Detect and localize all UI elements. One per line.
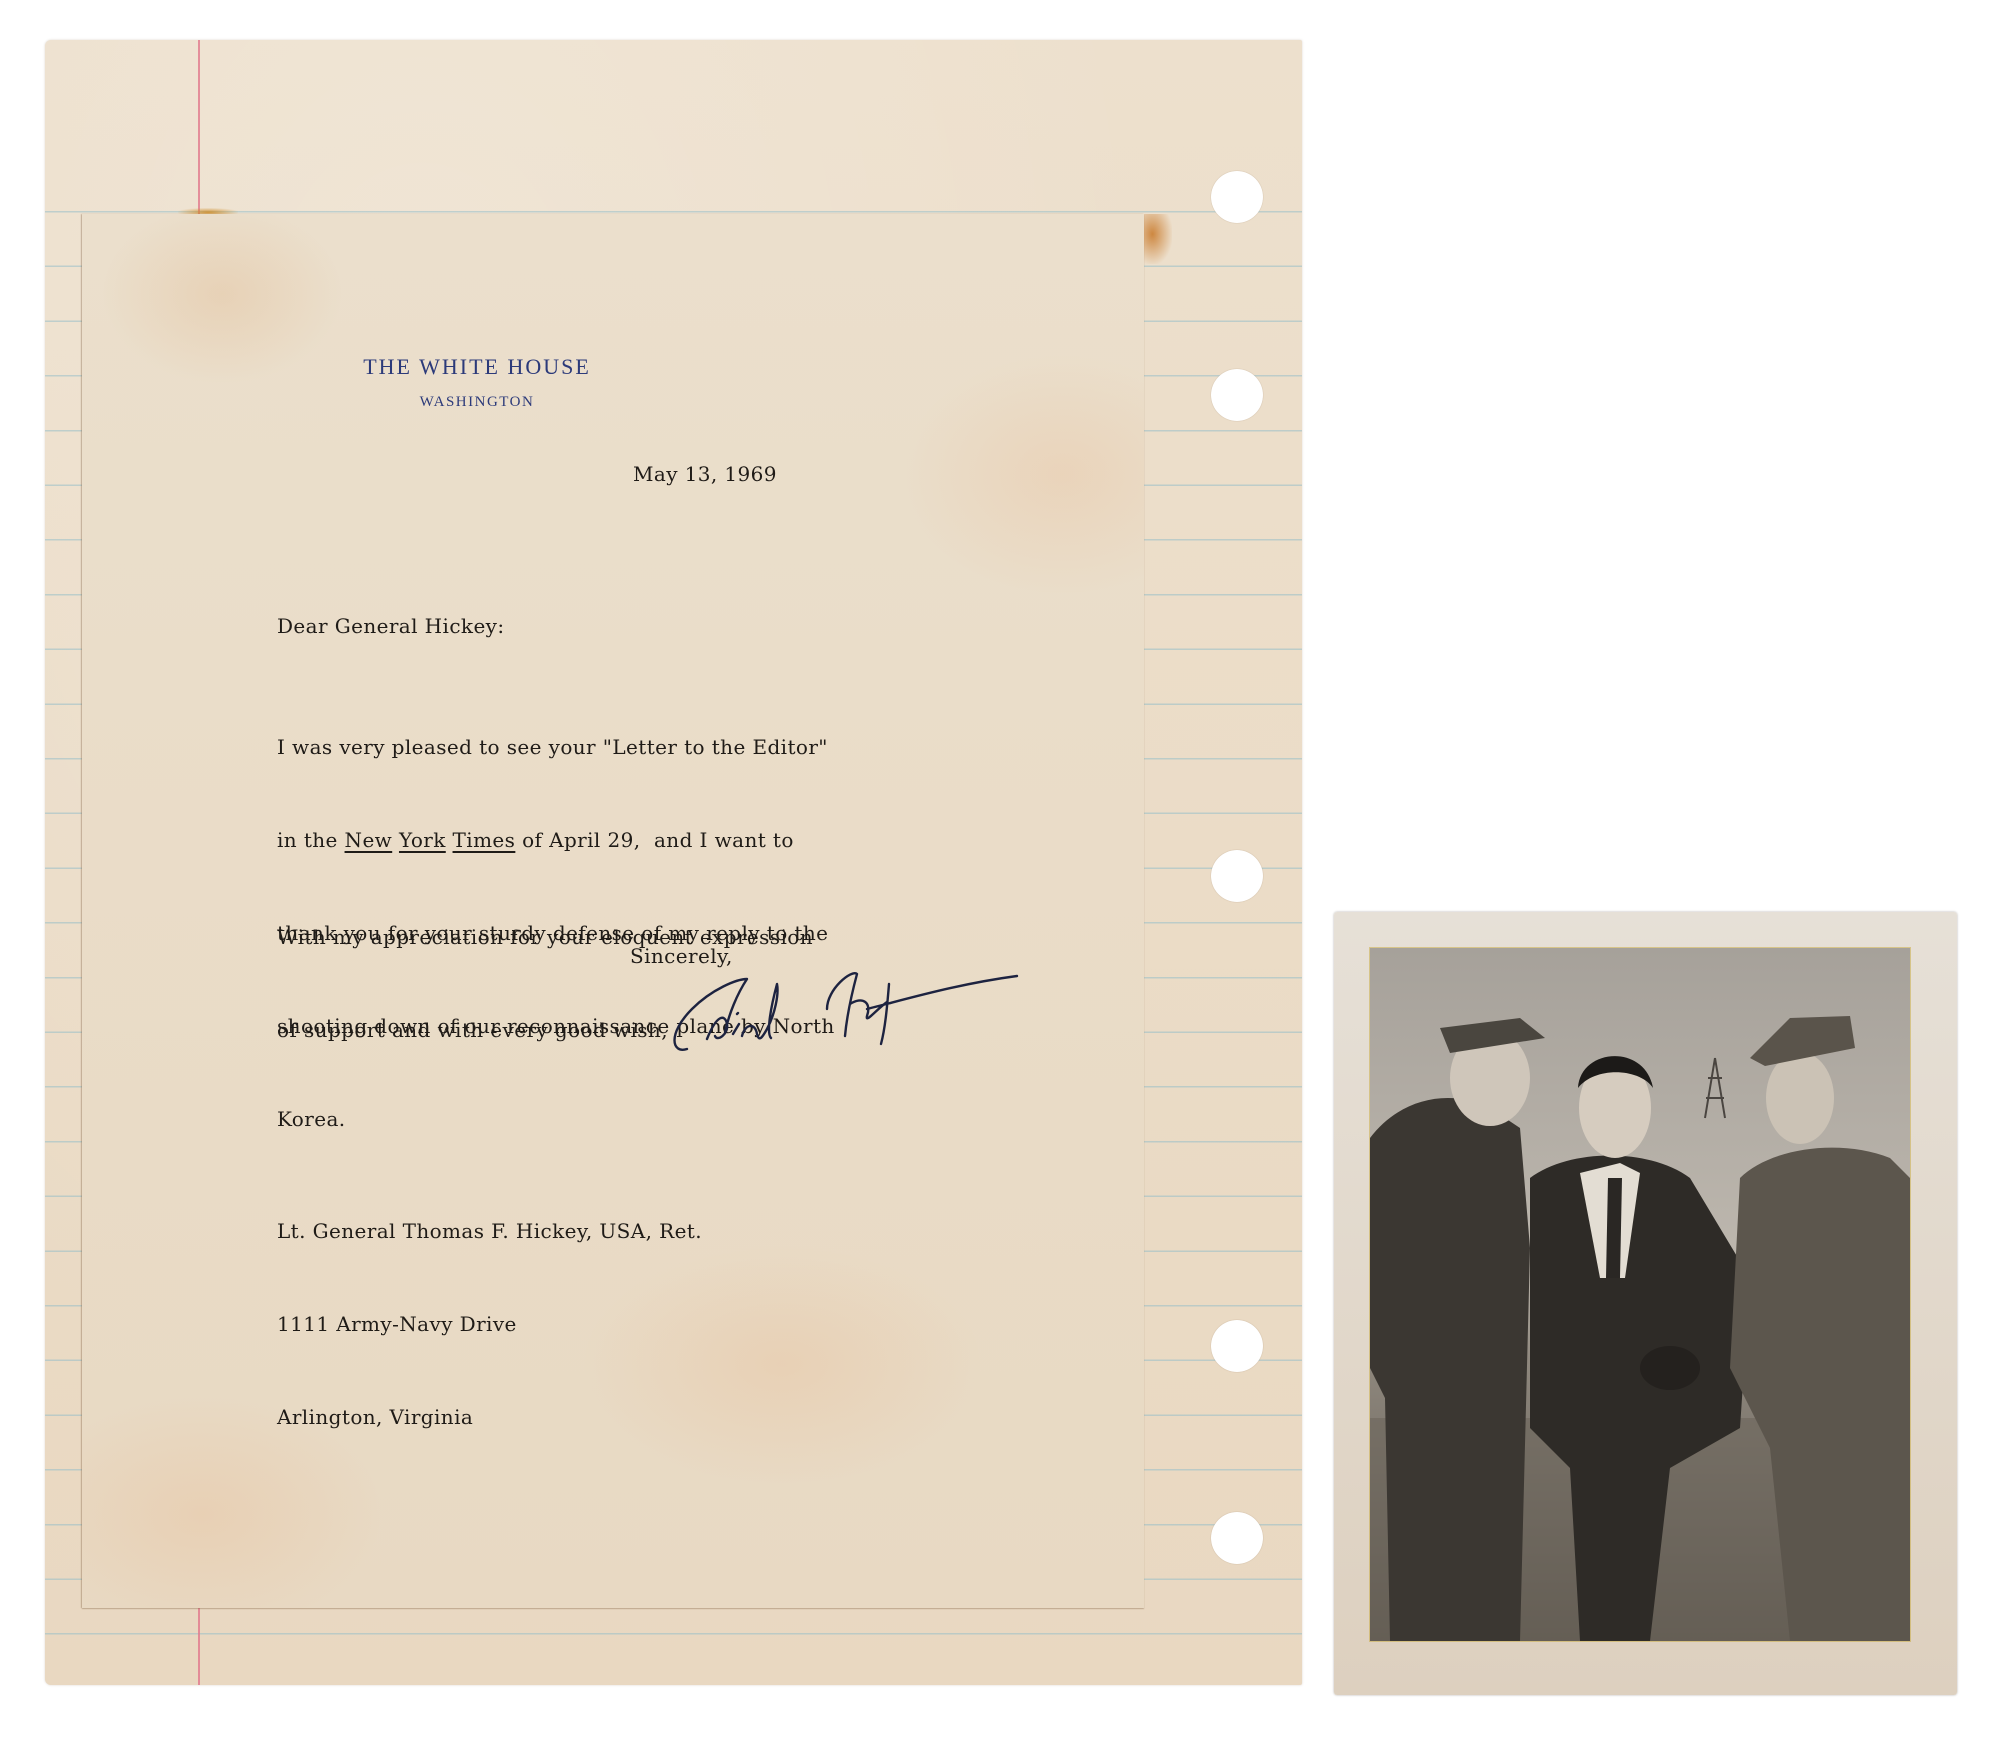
newspaper-name-word: York [399, 828, 446, 852]
body-line: Korea. [277, 1104, 835, 1135]
body-line: in the New York Times of April 29, and I… [277, 825, 835, 856]
address-line: Lt. General Thomas F. Hickey, USA, Ret. [277, 1216, 702, 1247]
recipient-address: Lt. General Thomas F. Hickey, USA, Ret. … [277, 1154, 702, 1495]
punch-hole [1211, 171, 1263, 223]
punch-hole [1211, 1320, 1263, 1372]
punch-hole [1211, 1512, 1263, 1564]
letterhead-subtitle: WASHINGTON [77, 394, 877, 411]
photo-image [1370, 948, 1910, 1641]
punch-hole [1211, 850, 1263, 902]
signature-icon [667, 954, 1027, 1064]
photo-scene-icon [1370, 948, 1910, 1641]
photograph [1334, 912, 1957, 1695]
letter-date: May 13, 1969 [633, 462, 777, 486]
newspaper-name-word: Times [453, 828, 516, 852]
salutation: Dear General Hickey: [277, 614, 505, 638]
address-line: Arlington, Virginia [277, 1402, 702, 1433]
letter-sheet: THE WHITE HOUSE WASHINGTON May 13, 1969 … [82, 214, 1144, 1608]
body-text: of April 29, and I want to [515, 828, 793, 852]
stain [1144, 214, 1172, 264]
address-line: 1111 Army-Navy Drive [277, 1309, 702, 1340]
body-text: in the [277, 828, 345, 852]
letterhead-title: THE WHITE HOUSE [77, 354, 877, 380]
punch-hole [1211, 369, 1263, 421]
body-line: I was very pleased to see your "Letter t… [277, 732, 835, 763]
newspaper-name-word: New [345, 828, 393, 852]
